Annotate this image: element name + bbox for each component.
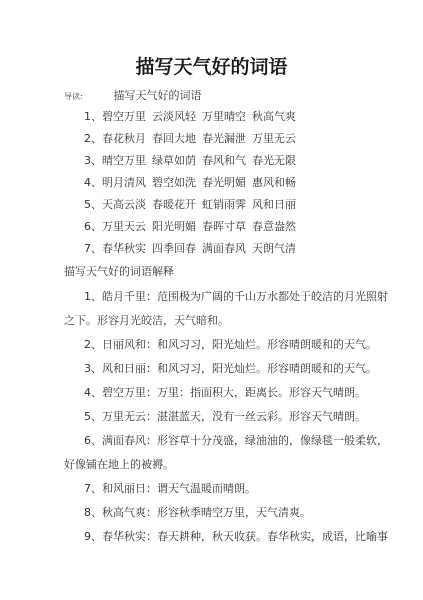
row-number: 3、 (84, 154, 102, 168)
word-group-row: 2、春花秋月春回大地春光漏泄万里无云 (84, 132, 302, 146)
word: 春华秋实 (102, 242, 146, 256)
word: 春光无限 (252, 154, 296, 168)
word: 春风和气 (202, 154, 246, 168)
word: 阳光明媚 (152, 220, 196, 234)
word: 春意盎然 (252, 220, 296, 234)
word: 晴空万里 (102, 154, 146, 168)
word: 风和日丽 (252, 198, 296, 212)
word-group-row: 3、晴空万里绿草如荫春风和气春光无限 (84, 154, 302, 168)
row-number: 6、 (84, 220, 102, 234)
word: 云淡风轻 (152, 110, 196, 124)
word: 碧空如洗 (152, 176, 196, 190)
explanation-continuation: 好像铺在地上的被褥。 (64, 458, 174, 472)
row-number: 5、 (84, 198, 102, 212)
word: 虹销雨霁 (202, 198, 246, 212)
word: 满面春风 (202, 242, 246, 256)
explanation-line: 2、日丽风和：和风习习，阳光灿烂。形容晴朗暖和的天气。 (84, 338, 377, 352)
word: 秋高气爽 (252, 110, 296, 124)
lead-label: 导读: (64, 90, 110, 104)
word: 绿草如荫 (152, 154, 196, 168)
word: 四季回春 (152, 242, 196, 256)
explanation-heading: 描写天气好的词语解释 (64, 265, 174, 279)
lead-text: 描写天气好的词语 (114, 89, 202, 102)
word: 春暖花开 (152, 198, 196, 212)
word: 明月清风 (102, 176, 146, 190)
word: 惠风和畅 (252, 176, 296, 190)
word-group-row: 4、明月清风碧空如洗春光明媚惠风和畅 (84, 176, 302, 190)
row-number: 4、 (84, 176, 102, 190)
word: 春光明媚 (202, 176, 246, 190)
word-group-row: 7、春华秋实四季回春满面春风天朗气清 (84, 242, 302, 256)
word: 春晖寸草 (202, 220, 246, 234)
explanation-line: 8、秋高气爽：形容秋季晴空万里，天气清爽。 (84, 506, 311, 520)
explanation-line: 9、春华秋实：春天耕种，秋天收获。春华秋实，成语，比喻事 (84, 530, 388, 544)
word: 春光漏泄 (202, 132, 246, 146)
word-group-row: 5、天高云淡春暖花开虹销雨霁风和日丽 (84, 198, 302, 212)
row-number: 2、 (84, 132, 102, 146)
word: 天朗气清 (252, 242, 296, 256)
page-title: 描写天气好的词语 (0, 56, 423, 78)
word: 万里晴空 (202, 110, 246, 124)
explanation-line: 4、碧空万里：万里：指面积大，距离长。形容天气晴朗。 (84, 386, 366, 400)
lead-line: 导读: 描写天气好的词语 (64, 89, 202, 104)
word: 春回大地 (152, 132, 196, 146)
row-number: 7、 (84, 242, 102, 256)
word: 万里无云 (252, 132, 296, 146)
word: 万里天云 (102, 220, 146, 234)
explanation-continuation: 之下。形容月光皎洁，天气暗和。 (64, 314, 229, 328)
explanation-line: 6、满面春风：形容草十分茂盛，绿油油的，像绿毯一般柔软， (84, 434, 388, 448)
document-page: 描写天气好的词语 导读: 描写天气好的词语 1、碧空万里云淡风轻万里晴空秋高气爽… (0, 0, 423, 600)
word: 碧空万里 (102, 110, 146, 124)
explanation-line: 1、皓月千里：范围极为广阔的千山万水都处于皎洁的月光照射 (84, 290, 388, 304)
word-group-row: 6、万里天云阳光明媚春晖寸草春意盎然 (84, 220, 302, 234)
row-number: 1、 (84, 110, 102, 124)
word: 天高云淡 (102, 198, 146, 212)
explanation-line: 3、风和日丽：和风习习，阳光灿烂。形容晴朗暖和的天气。 (84, 362, 377, 376)
word: 春花秋月 (102, 132, 146, 146)
word-group-row: 1、碧空万里云淡风轻万里晴空秋高气爽 (84, 110, 302, 124)
explanation-line: 7、和风丽日：谓天气温暖而晴朗。 (84, 482, 256, 496)
explanation-line: 5、万里无云：湛湛蓝天，没有一丝云彩。形容天气晴朗。 (84, 410, 366, 424)
